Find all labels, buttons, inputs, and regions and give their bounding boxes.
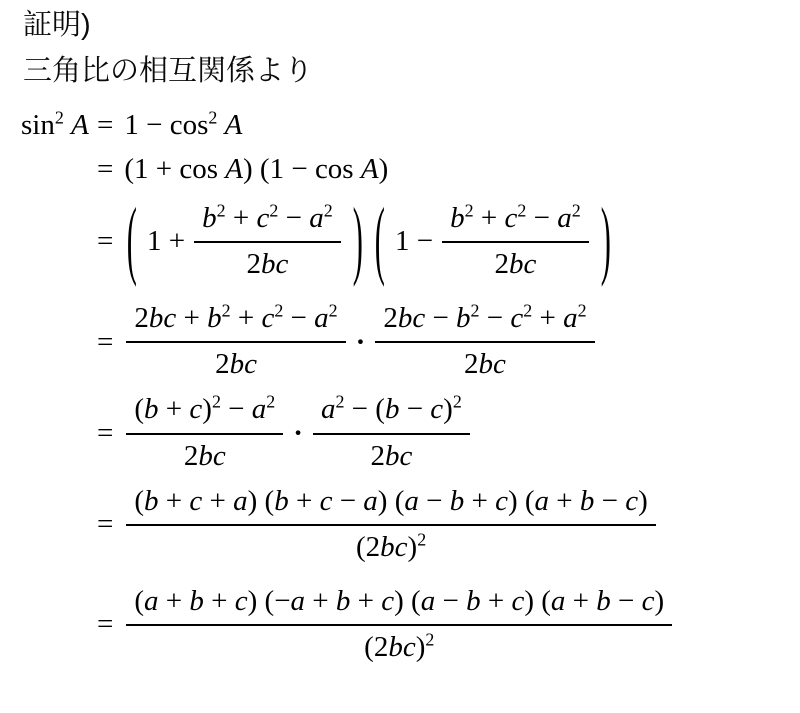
equals-sign: = (97, 324, 113, 360)
denominator: 2bc (464, 343, 506, 383)
term: 1 − (395, 223, 433, 259)
equation-line-3: = ( 1 + b2 + c2 − a2 2bc ) ( 1 − b2 + c2… (21, 200, 800, 283)
equals-sign: = (97, 415, 113, 451)
numerator: (a + b + c) (−a + b + c) (a − b + c) (a … (126, 583, 672, 626)
fraction: 2bc + b2 + c2 − a2 2bc (126, 300, 345, 383)
fraction: 2bc − b2 − c2 + a2 2bc (375, 300, 594, 383)
equals-sign: = (97, 606, 113, 642)
denominator: 2bc (246, 243, 288, 283)
equation-line-2: = (1 + cos A) (1 − cos A) (21, 151, 800, 187)
rhs-expression: 1 − cos2 A (124, 107, 242, 143)
big-paren-open: ( (375, 186, 385, 297)
numerator: b2 + c2 − a2 (194, 200, 341, 243)
numerator: (b + c + a) (b + c − a) (a − b + c) (a +… (126, 483, 655, 526)
equals-sign: = (97, 223, 113, 259)
intro-text: 三角比の相互関係より (23, 53, 800, 89)
rhs-expression: 2bc + b2 + c2 − a2 2bc · 2bc − b2 − c2 +… (124, 300, 596, 383)
numerator: (b + c)2 − a2 (126, 391, 283, 434)
fraction: b2 + c2 − a2 2bc (194, 200, 341, 283)
denominator: 2bc (370, 435, 412, 475)
denominator: (2bc)2 (356, 526, 426, 566)
multiplication-dot: · (356, 324, 366, 360)
numerator: 2bc + b2 + c2 − a2 (126, 300, 345, 343)
rhs-expression: (a + b + c) (−a + b + c) (a − b + c) (a … (124, 583, 674, 666)
denominator: (2bc)2 (364, 626, 434, 666)
proof-document: 証明) 三角比の相互関係より sin2 A = 1 − cos2 A = (1 … (0, 0, 800, 713)
rhs-expression: ( 1 + b2 + c2 − a2 2bc ) ( 1 − b2 + c2 −… (124, 200, 613, 283)
equation-line-6: = (b + c + a) (b + c − a) (a − b + c) (a… (21, 483, 800, 566)
denominator: 2bc (184, 435, 226, 475)
rhs-expression: (b + c)2 − a2 2bc · a2 − (b − c)2 2bc (124, 391, 471, 474)
denominator: 2bc (494, 243, 536, 283)
lhs-expression: sin2 A (21, 107, 97, 143)
fraction: a2 − (b − c)2 2bc (313, 391, 470, 474)
proof-label: 証明) (23, 7, 800, 43)
derivation-block: sin2 A = 1 − cos2 A = (1 + cos A) (1 − c… (21, 107, 800, 667)
term: 1 + (147, 223, 185, 259)
numerator: a2 − (b − c)2 (313, 391, 470, 434)
denominator: 2bc (215, 343, 257, 383)
fraction: b2 + c2 − a2 2bc (442, 200, 589, 283)
rhs-expression: (b + c + a) (b + c − a) (a − b + c) (a +… (124, 483, 657, 566)
big-paren-close: ) (352, 186, 362, 297)
equation-line-4: = 2bc + b2 + c2 − a2 2bc · 2bc − b2 − c2… (21, 300, 800, 383)
big-paren-close: ) (600, 186, 610, 297)
multiplication-dot: · (293, 415, 303, 451)
numerator: b2 + c2 − a2 (442, 200, 589, 243)
numerator: 2bc − b2 − c2 + a2 (375, 300, 594, 343)
equals-sign: = (97, 151, 113, 187)
fraction: (b + c + a) (b + c − a) (a − b + c) (a +… (126, 483, 655, 566)
equals-sign: = (97, 107, 113, 143)
equation-line-1: sin2 A = 1 − cos2 A (21, 107, 800, 143)
equals-sign: = (97, 506, 113, 542)
rhs-expression: (1 + cos A) (1 − cos A) (124, 151, 388, 187)
equation-line-7: = (a + b + c) (−a + b + c) (a − b + c) (… (21, 583, 800, 666)
equation-line-5: = (b + c)2 − a2 2bc · a2 − (b − c)2 2bc (21, 391, 800, 474)
fraction: (a + b + c) (−a + b + c) (a − b + c) (a … (126, 583, 672, 666)
big-paren-open: ( (127, 186, 137, 297)
fraction: (b + c)2 − a2 2bc (126, 391, 283, 474)
